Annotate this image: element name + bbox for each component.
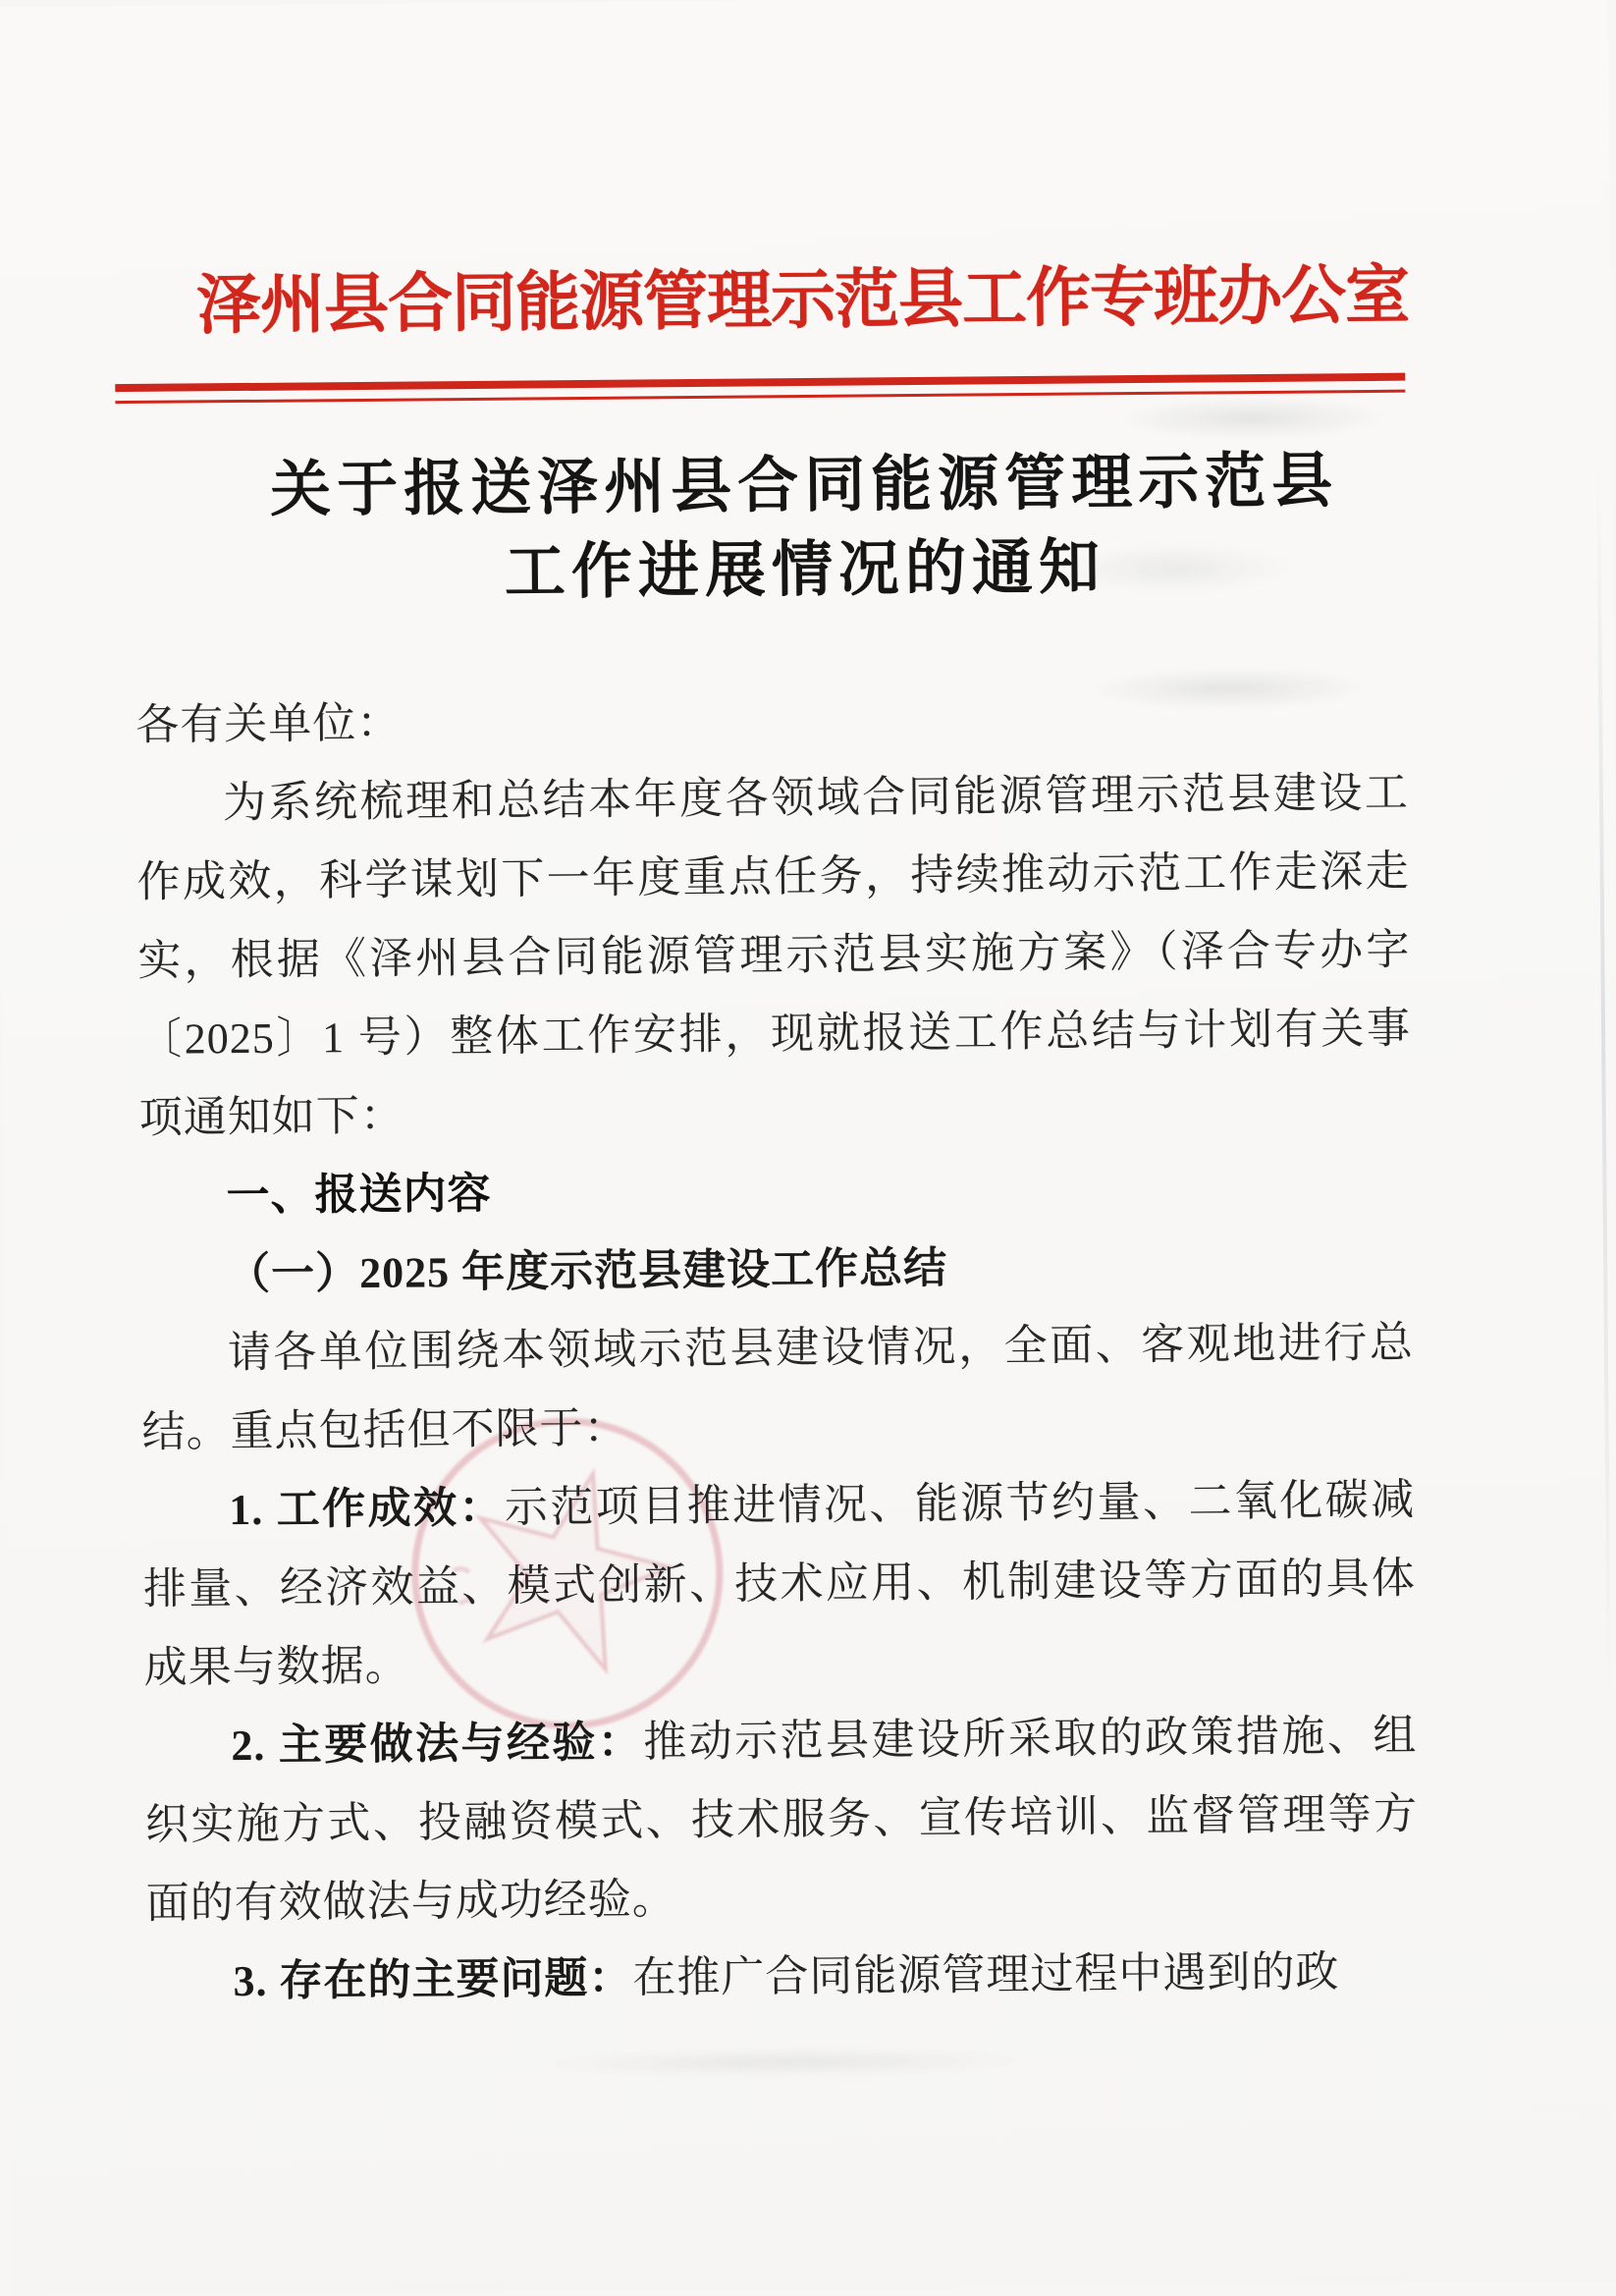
document-page: 泽州县合同能源管理示范县工作专班办公室 关于报送泽州县合同能源管理示范县 工作进…	[0, 0, 1616, 2289]
document-title: 关于报送泽州县合同能源管理示范县 工作进展情况的通知	[0, 437, 1613, 620]
salutation: 各有关单位：	[135, 676, 1409, 765]
paragraph: 请各单位围绕本领域示范县建设情况，全面、客观地进行总结。重点包括但不限于：	[141, 1304, 1415, 1472]
scan-edge-artifact	[1592, 0, 1616, 2282]
paragraph: 1. 工作成效：示范项目推进情况、能源节约量、二氧化碳减排量、经济效益、模式创新…	[142, 1461, 1417, 1708]
document-title-line1: 关于报送泽州县合同能源管理示范县	[0, 437, 1613, 535]
section-heading: 一、报送内容	[139, 1147, 1413, 1236]
section-heading: （一）2025 年度示范县建设工作总结	[140, 1226, 1414, 1315]
paragraph: 2. 主要做法与经验：推动示范县建设所采取的政策措施、组织实施方式、投融资模式、…	[144, 1697, 1419, 1943]
letterhead-rule-thick	[115, 373, 1405, 392]
bleed-through-artifact	[1114, 396, 1389, 441]
bleed-through-artifact	[540, 2047, 1031, 2078]
paragraph-label: 3. 存在的主要问题：	[233, 1954, 632, 2006]
paragraph: 为系统梳理和总结本年度各领域合同能源管理示范县建设工作成效，科学谋划下一年度重点…	[136, 754, 1412, 1158]
document-title-line2: 工作进展情况的通知	[0, 521, 1613, 620]
paragraph-label: 2. 主要做法与经验：	[231, 1718, 643, 1770]
letterhead-rule-thin	[115, 390, 1405, 404]
paragraph: 3. 存在的主要问题：在推广合同能源管理过程中遇到的政	[146, 1933, 1420, 2022]
letterhead-office-name: 泽州县合同能源管理示范县工作专班办公室	[0, 241, 1611, 348]
document-body: 各有关单位： 为系统梳理和总结本年度各领域合同能源管理示范县建设工作成效，科学谋…	[135, 676, 1420, 2022]
paragraph-label: 1. 工作成效：	[229, 1484, 505, 1534]
